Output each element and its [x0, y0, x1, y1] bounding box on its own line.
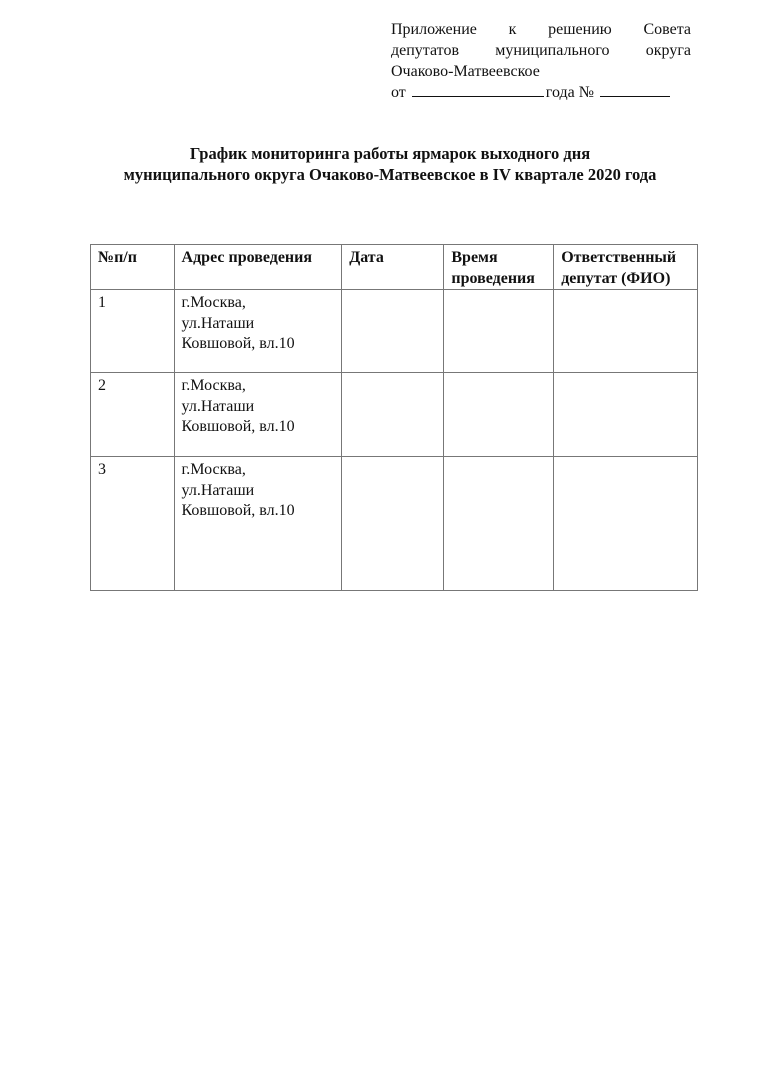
cell-deputy[interactable]	[554, 290, 698, 373]
address-line: Ковшовой, вл.10	[182, 501, 335, 522]
cell-time[interactable]	[444, 373, 554, 457]
appendix-line-4: отгода №	[391, 82, 691, 103]
cell-number: 2	[91, 373, 175, 457]
appendix-year-number-label: года №	[546, 84, 594, 101]
appendix-word: решению	[548, 19, 612, 40]
appendix-line-2: депутатов муниципального округа	[391, 40, 691, 61]
header-date: Дата	[342, 245, 444, 290]
address-line: ул.Наташи	[182, 397, 335, 418]
cell-address: г.Москва, ул.Наташи Ковшовой, вл.10	[174, 457, 342, 591]
header-time: Время проведения	[444, 245, 554, 290]
address-line: ул.Наташи	[182, 314, 335, 335]
table-header-row: №п/п Адрес проведения Дата Время проведе…	[91, 245, 698, 290]
header-text: №п/п	[98, 248, 167, 269]
appendix-line-1: Приложение к решению Совета	[391, 19, 691, 40]
number-blank-field[interactable]	[600, 82, 670, 97]
address-line: г.Москва,	[182, 293, 335, 314]
address-line: Ковшовой, вл.10	[182, 417, 335, 438]
date-blank-field[interactable]	[412, 82, 544, 97]
table-row: 1 г.Москва, ул.Наташи Ковшовой, вл.10	[91, 290, 698, 373]
title-line-2: муниципального округа Очаково-Матвеевско…	[60, 164, 720, 185]
appendix-word: округа	[646, 40, 691, 61]
appendix-header: Приложение к решению Совета депутатов му…	[391, 19, 691, 103]
appendix-word: депутатов	[391, 40, 459, 61]
cell-date[interactable]	[342, 290, 444, 373]
address-line: Ковшовой, вл.10	[182, 334, 335, 355]
address-line: г.Москва,	[182, 460, 335, 481]
document-title: График мониторинга работы ярмарок выходн…	[60, 143, 720, 185]
header-text: Ответственный	[561, 248, 690, 269]
title-line-1: График мониторинга работы ярмарок выходн…	[60, 143, 720, 164]
header-text: Время	[451, 248, 546, 269]
address-line: г.Москва,	[182, 376, 335, 397]
header-number: №п/п	[91, 245, 175, 290]
cell-deputy[interactable]	[554, 373, 698, 457]
cell-number: 3	[91, 457, 175, 591]
appendix-word: Приложение	[391, 19, 477, 40]
header-text: депутат (ФИО)	[561, 269, 690, 290]
cell-date[interactable]	[342, 373, 444, 457]
header-text: Адрес проведения	[182, 248, 335, 269]
header-text: Дата	[349, 248, 436, 269]
table-row: 2 г.Москва, ул.Наташи Ковшовой, вл.10	[91, 373, 698, 457]
cell-time[interactable]	[444, 290, 554, 373]
appendix-word: муниципального	[495, 40, 609, 61]
header-responsible-deputy: Ответственный депутат (ФИО)	[554, 245, 698, 290]
appendix-word: к	[509, 19, 517, 40]
appendix-word: Совета	[643, 19, 691, 40]
cell-number: 1	[91, 290, 175, 373]
address-line: ул.Наташи	[182, 481, 335, 502]
header-text: проведения	[451, 269, 546, 290]
appendix-line-3: Очаково-Матвеевское	[391, 61, 691, 82]
monitoring-schedule-table: №п/п Адрес проведения Дата Время проведе…	[90, 244, 698, 591]
cell-time[interactable]	[444, 457, 554, 591]
header-address: Адрес проведения	[174, 245, 342, 290]
cell-date[interactable]	[342, 457, 444, 591]
table-row: 3 г.Москва, ул.Наташи Ковшовой, вл.10	[91, 457, 698, 591]
cell-deputy[interactable]	[554, 457, 698, 591]
appendix-from-label: от	[391, 84, 406, 101]
cell-address: г.Москва, ул.Наташи Ковшовой, вл.10	[174, 290, 342, 373]
cell-address: г.Москва, ул.Наташи Ковшовой, вл.10	[174, 373, 342, 457]
